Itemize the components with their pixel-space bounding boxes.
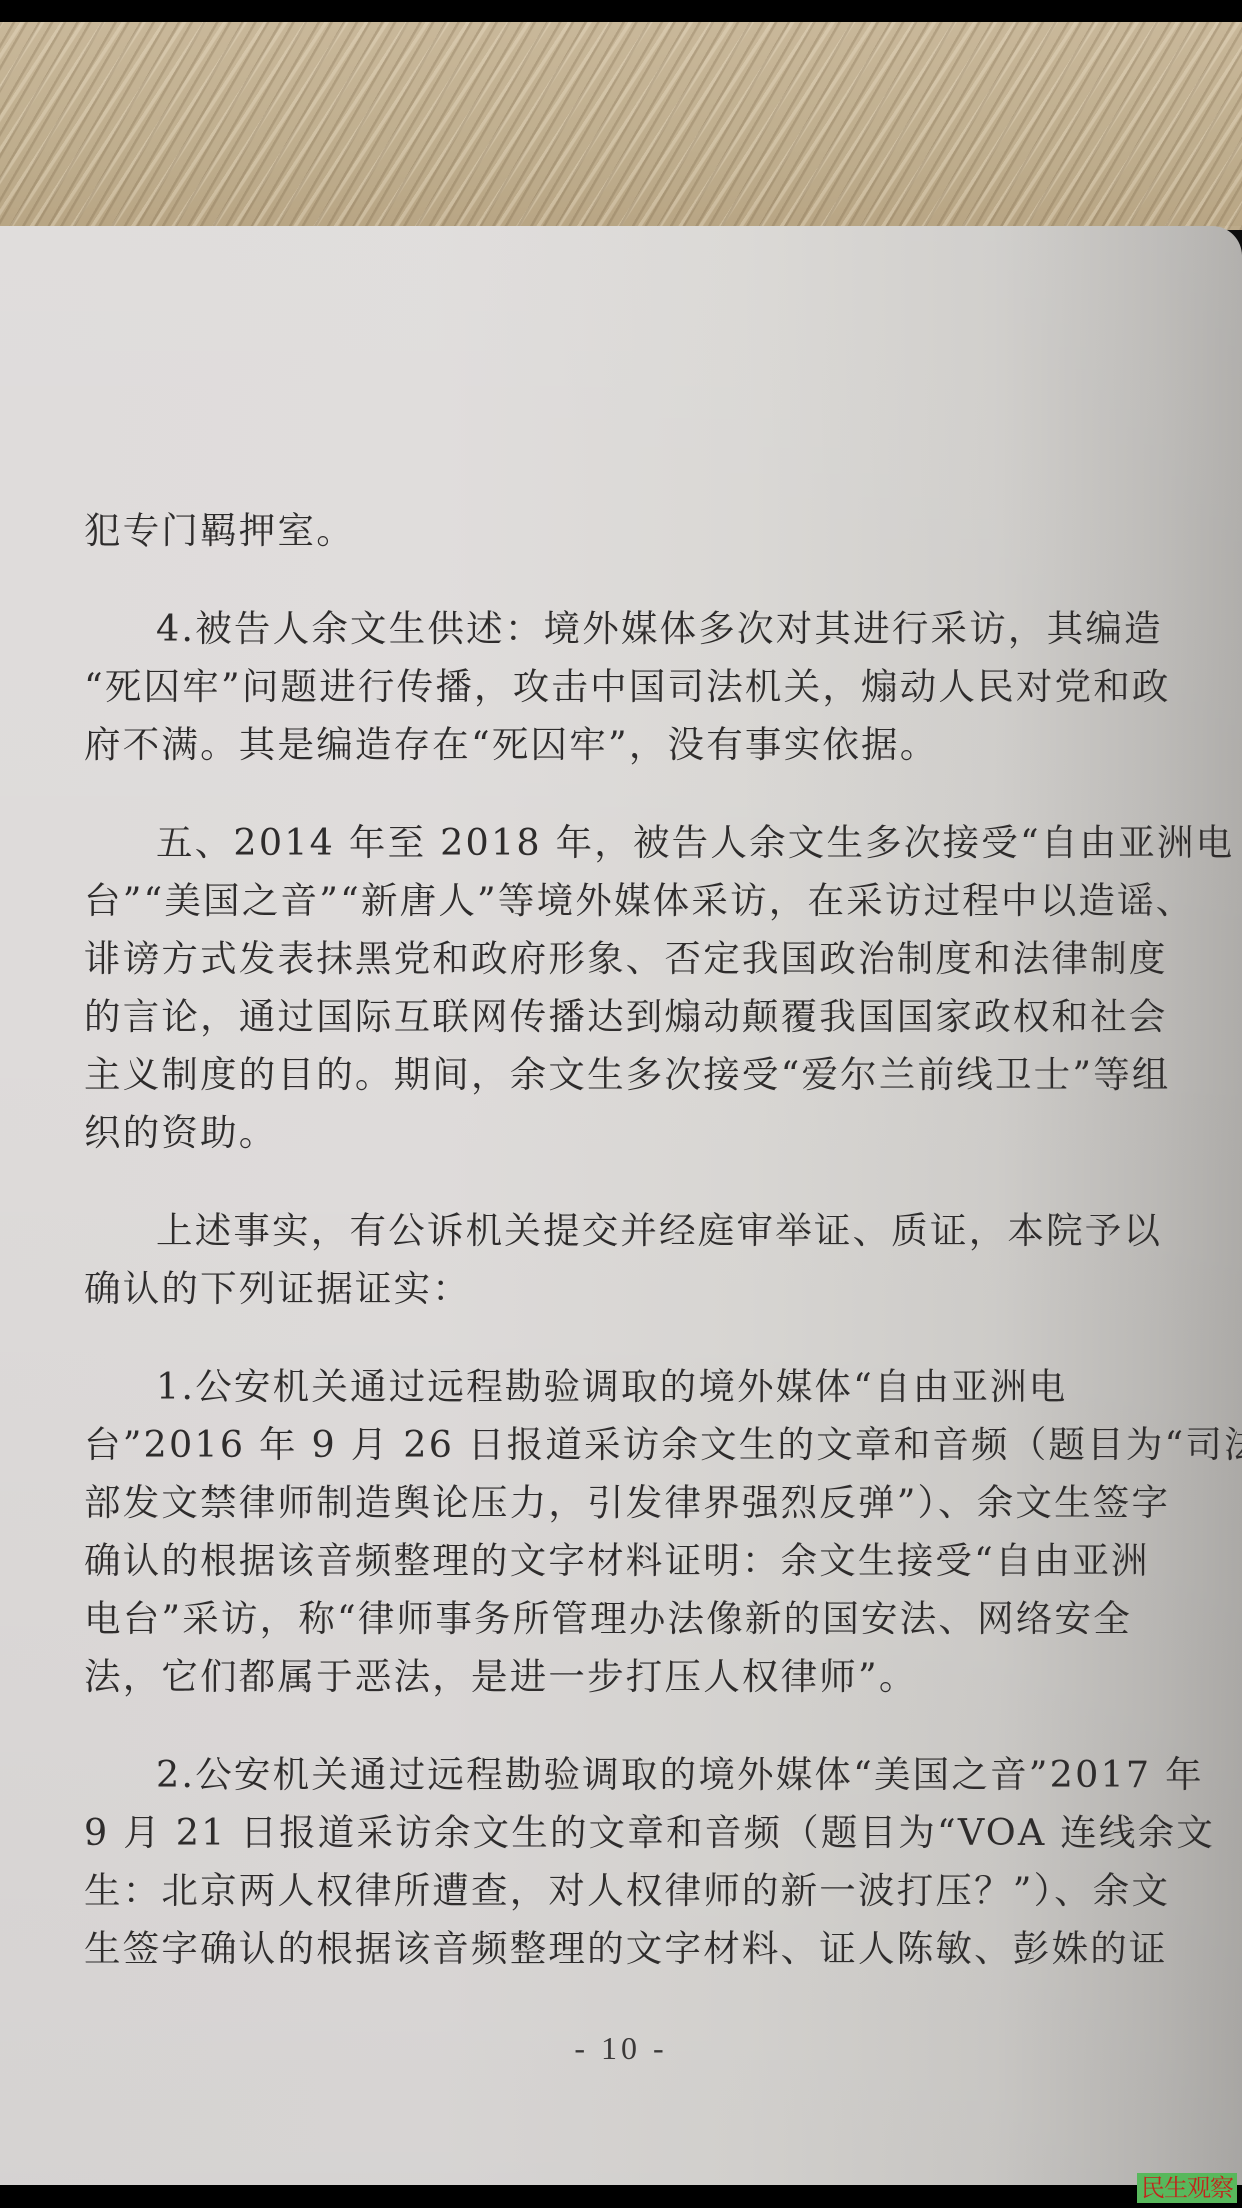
text-line: 4.被告人余文生供述：境外媒体多次对其进行采访，其编造 (84, 600, 1164, 658)
text-line: 织的资助。 (84, 1104, 1164, 1162)
text-line: 五、2014 年至 2018 年，被告人余文生多次接受“自由亚洲电 (84, 814, 1164, 872)
paragraph-continuation: 犯专门羁押室。 (84, 502, 1164, 560)
text-line: 确认的根据该音频整理的文字材料证明：余文生接受“自由亚洲 (84, 1532, 1164, 1590)
text-line: 2.公安机关通过远程勘验调取的境外媒体“美国之音”2017 年 (84, 1746, 1164, 1804)
wooden-table-background (0, 22, 1242, 230)
document-body: 犯专门羁押室。 4.被告人余文生供述：境外媒体多次对其进行采访，其编造 “死囚牢… (84, 502, 1164, 2018)
text-line: 确认的下列证据证实： (84, 1260, 1164, 1318)
paragraph-evidence-1: 1.公安机关通过远程勘验调取的境外媒体“自由亚洲电 台”2016 年 9 月 2… (84, 1358, 1164, 1706)
top-black-border (0, 0, 1242, 22)
text-line: 台”2016 年 9 月 26 日报道采访余文生的文章和音频（题目为“司法 (84, 1416, 1164, 1474)
text-line: 台”“美国之音”“新唐人”等境外媒体采访，在采访过程中以造谣、 (84, 872, 1164, 930)
text-line: 1.公安机关通过远程勘验调取的境外媒体“自由亚洲电 (84, 1358, 1164, 1416)
paragraph-evidence-2: 2.公安机关通过远程勘验调取的境外媒体“美国之音”2017 年 9 月 21 日… (84, 1746, 1164, 1978)
text-line: 府不满。其是编造存在“死囚牢”，没有事实依据。 (84, 716, 1164, 774)
text-line: 诽谤方式发表抹黑党和政府形象、否定我国政治制度和法律制度 (84, 930, 1164, 988)
paragraph-defendant-statement: 4.被告人余文生供述：境外媒体多次对其进行采访，其编造 “死囚牢”问题进行传播，… (84, 600, 1164, 774)
text-line: 的言论，通过国际互联网传播达到煽动颠覆我国国家政权和社会 (84, 988, 1164, 1046)
text-line: 部发文禁律师制造舆论压力，引发律界强烈反弹”）、余文生签字 (84, 1474, 1164, 1532)
text-line: “死囚牢”问题进行传播，攻击中国司法机关，煽动人民对党和政 (84, 658, 1164, 716)
text-line: 生：北京两人权律所遭查，对人权律师的新一波打压？”）、余文 (84, 1862, 1164, 1920)
watermark-badge: 民生观察 (1137, 2173, 1237, 2203)
text-line: 犯专门羁押室。 (84, 502, 1164, 560)
text-line: 主义制度的目的。期间，余文生多次接受“爱尔兰前线卫士”等组 (84, 1046, 1164, 1104)
text-line: 法，它们都属于恶法，是进一步打压人权律师”。 (84, 1648, 1164, 1706)
text-line: 上述事实，有公诉机关提交并经庭审举证、质证，本院予以 (84, 1202, 1164, 1260)
paragraph-section-five: 五、2014 年至 2018 年，被告人余文生多次接受“自由亚洲电 台”“美国之… (84, 814, 1164, 1162)
text-line: 9 月 21 日报道采访余文生的文章和音频（题目为“VOA 连线余文 (84, 1804, 1164, 1862)
page-number: - 10 - (0, 2030, 1242, 2067)
paragraph-evidence-intro: 上述事实，有公诉机关提交并经庭审举证、质证，本院予以 确认的下列证据证实： (84, 1202, 1164, 1318)
bottom-black-border (0, 2185, 1242, 2208)
text-line: 电台”采访，称“律师事务所管理办法像新的国安法、网络安全 (84, 1590, 1164, 1648)
text-line: 生签字确认的根据该音频整理的文字材料、证人陈敏、彭姝的证 (84, 1920, 1164, 1978)
